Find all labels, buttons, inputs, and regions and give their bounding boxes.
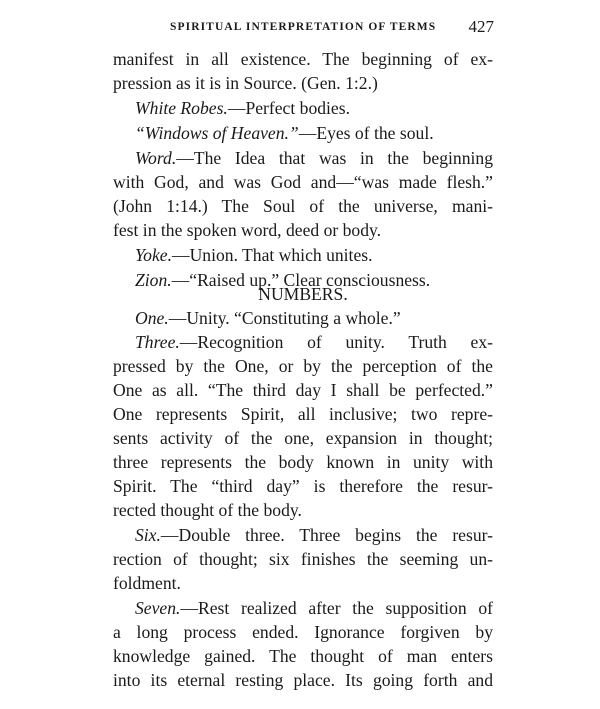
text-line: One as all. “The third day I shall be pe… — [113, 379, 493, 401]
entry-word: Word.—The Idea that was in the beginning — [135, 147, 493, 169]
entry-one: One.—Unity. “Constituting a whole.” — [135, 307, 493, 329]
text-line: pressed by the One, or by the perception… — [113, 355, 493, 377]
text-line: (John 1:14.) The Soul of the universe, m… — [113, 195, 493, 217]
text-line: fest in the spoken word, deed or body. — [113, 219, 493, 241]
term: “Windows of Heaven.” — [135, 123, 299, 143]
term: Three. — [135, 332, 180, 352]
text-line: manifest in all existence. The beginning… — [113, 48, 493, 70]
text-line: a long process ended. Ignorance forgiven… — [113, 621, 493, 643]
definition: —Rest realized after the supposition of — [180, 598, 493, 618]
text-line: Spirit. The “third day” is therefore the… — [113, 475, 493, 497]
entry-three: Three.—Recognition of unity. Truth ex- — [135, 331, 493, 353]
term: One. — [135, 308, 169, 328]
entry-white-robes: White Robes.—Perfect bodies. — [135, 97, 493, 119]
term: Seven. — [135, 598, 180, 618]
entry-windows-of-heaven: “Windows of Heaven.”—Eyes of the soul. — [135, 122, 493, 144]
term: Six. — [135, 525, 161, 545]
text-line: foldment. — [113, 572, 493, 594]
entry-yoke: Yoke.—Union. That which unites. — [135, 244, 493, 266]
section-heading: NUMBERS. — [113, 283, 493, 305]
definition: —Unity. “Constituting a whole.” — [169, 308, 401, 328]
text-line: into its eternal resting place. Its goin… — [113, 669, 493, 691]
book-page: Spiritual Interpretation of Terms 427 ma… — [0, 0, 600, 709]
term: White Robes. — [135, 98, 228, 118]
text-line: three represents the body known in unity… — [113, 451, 493, 473]
term: Yoke. — [135, 245, 172, 265]
entry-seven: Seven.—Rest realized after the suppositi… — [135, 597, 493, 619]
definition: —Double three. Three begins the resur- — [161, 525, 493, 545]
definition: —The Idea that was in the beginning — [176, 148, 493, 168]
page-header: Spiritual Interpretation of Terms 427 — [170, 18, 494, 40]
definition: —Eyes of the soul. — [299, 123, 434, 143]
text-line: knowledge gained. The thought of man ent… — [113, 645, 493, 667]
definition: —Union. That which unites. — [172, 245, 373, 265]
text-line: rection of thought; six finishes the see… — [113, 548, 493, 570]
text-line: pression as it is in Source. (Gen. 1:2.) — [113, 72, 493, 94]
term: Word. — [135, 148, 176, 168]
text-line: sents activity of the one, expansion in … — [113, 427, 493, 449]
text-line: One represents Spirit, all inclusive; tw… — [113, 403, 493, 425]
text-line: with God, and was God and—“was made fles… — [113, 171, 493, 193]
definition: —Recognition of unity. Truth ex- — [180, 332, 493, 352]
text-line: rected thought of the body. — [113, 499, 493, 521]
running-title: Spiritual Interpretation of Terms — [170, 21, 436, 33]
page-number: 427 — [469, 17, 495, 37]
entry-six: Six.—Double three. Three begins the resu… — [135, 524, 493, 546]
definition: —Perfect bodies. — [228, 98, 350, 118]
